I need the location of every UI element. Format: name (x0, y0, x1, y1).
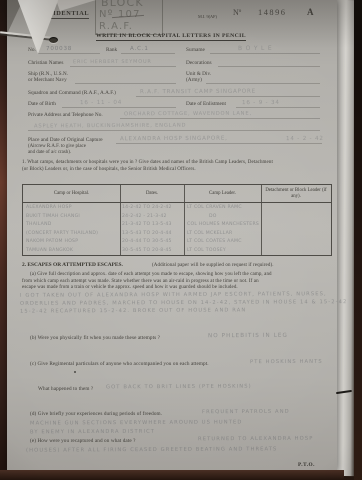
table-row-leader: LT COL MCKELLAR (187, 231, 232, 236)
q2-note: (Additional paper will be supplied on re… (152, 263, 274, 269)
q2a-answer-line3: 15-2-42 RECAPTURED 15-2-42. BROKE OUT OF… (20, 307, 246, 314)
table-surface-right (354, 0, 362, 480)
camps-table-col-camp: Camp or Hospital. (23, 185, 121, 255)
surname-value: B O Y L E (238, 45, 273, 52)
q2c-answer: PTE HOSKINS HANTS (250, 359, 323, 365)
q2d-answer-line3: BY ENEMY IN ALEXANDRA DISTRICT (30, 429, 155, 436)
camps-table-header-camp: Camp or Hospital. (23, 185, 120, 203)
table-row-camp: ALEXANDRA HOSP (26, 205, 72, 210)
q2b-answer: NO PHLEBITIS IN LEG (208, 333, 288, 339)
pto-marking: P.T.O. (298, 462, 315, 468)
table-row-leader: COL HOLMES MANCHESTERS (187, 222, 259, 227)
pencil-dot (74, 371, 76, 373)
q2d-answer-line2: MACHINE GUN SECTIONS EVERYWHERE AROUND U… (30, 419, 242, 426)
rank-label: Rank (106, 47, 117, 53)
squadron-underline (136, 96, 320, 97)
camps-table-col-block: Detachment or Block Leader (if any). (261, 185, 331, 255)
block-stamp-line1: BLOCK (101, 0, 144, 9)
dob-underline (62, 107, 176, 108)
no-underline (38, 53, 100, 54)
rank-value: A.C.1 (130, 46, 149, 52)
squadron-label: Squadron and Command (R.A.F., A.A.F.) (28, 90, 116, 96)
camps-table-header-leader: Camp Leader. (184, 185, 261, 203)
address-underline-2 (28, 130, 320, 131)
christian-names-underline (70, 66, 176, 67)
block-stamp-line3: R.A.F. (99, 21, 133, 32)
q2e-answer-line1: RETURNED TO ALEXANDRA HOSP (198, 436, 313, 443)
capture-underline (116, 143, 322, 144)
table-row-dates: 14-2-42 TO 24-2-42 (122, 205, 172, 210)
table-surface-bottom (0, 470, 344, 480)
table-row-leader: LT COL COATES AAMC (187, 239, 242, 244)
decorations-label: Decorations (186, 60, 212, 66)
table-row-leader: LT COL CRAVEN RAMC (187, 205, 242, 210)
christian-names-label: Christian Names (28, 60, 63, 66)
ship-underline (75, 83, 176, 84)
series-letter: A (307, 9, 314, 15)
what-happened-answer: GOT BACK TO BRIT LINES (PTE HOSKINS) (106, 384, 252, 391)
table-row-camp: THAILAND (26, 222, 52, 227)
table-row-camp: (CONCERT PARTY THAILAND) (26, 231, 98, 236)
table-row-camp: BUKIT TIMAH CHANGI (26, 214, 80, 219)
squadron-value: R.A.F. TRANSIT CAMP SINGAPORE (140, 89, 256, 96)
unit-label-line2: (Army) (186, 77, 202, 83)
capture-place-value: ALEXANDRA HOSP SINGAPORE, (120, 136, 228, 143)
camps-table-col-leader: Camp Leader. (184, 185, 262, 255)
q1-text-line1: 1. What camps, detachments or hospitals … (22, 160, 273, 166)
q2e-text: (e) How were you recaptured and on what … (30, 438, 136, 444)
serial-no-symbol: Nº (233, 10, 241, 16)
what-happened-text: What happened to them ? (38, 386, 93, 392)
camps-table-col-dates: Dates. (120, 185, 185, 255)
punch-hole (49, 37, 58, 43)
table-row-dates: 20-4-44 TO 30-5-45 (122, 239, 172, 244)
no-label: No. (28, 47, 36, 53)
q2d-text: (d) Give briefly your experiences during… (30, 411, 162, 417)
q2a-text-line1: (a) Give full description and approx. da… (30, 272, 272, 278)
address-label: Private Address and Telephone No. (28, 112, 103, 118)
pow-questionnaire-photo: CONFIDENTIAL BLOCK Nº 107 R.A.F. M.I. 9(… (0, 0, 362, 480)
camps-table-header-block: Detachment or Block Leader (if any). (261, 185, 331, 203)
serial-number: 14896 (258, 10, 286, 16)
dob-value: 16 - 11 - 04 (80, 100, 122, 106)
capture-label-line3: and date of a/c crash). (28, 150, 71, 156)
surname-underline (210, 53, 320, 54)
enlistment-label: Date of Enlistment (186, 101, 226, 107)
rank-underline (121, 53, 175, 54)
christian-names-value: ERIC HERBERT SEYMOUR (73, 59, 152, 65)
q2a-text-line2: from which camp each attempt was made. S… (22, 279, 259, 285)
ship-label-line2: or Merchant Navy (28, 77, 67, 83)
dob-label: Date of Birth (28, 101, 56, 107)
q2-title: 2. ESCAPES OR ATTEMPTED ESCAPES. (22, 262, 123, 268)
table-row-camp: NAKOM PATOM HOSP (26, 239, 78, 244)
pencil-instruction: WRITE IN BLOCK CAPITAL LETTERS IN PENCIL (96, 33, 246, 41)
unit-underline (206, 83, 320, 84)
surname-label: Surname (186, 47, 205, 53)
table-row-camp: TAMUAN BANGKOK (26, 248, 73, 253)
decorations-underline (218, 66, 320, 67)
q2a-text-line3: escape was made from a train or vehicle … (22, 285, 238, 291)
capture-date-value: 14 - 2 - 42 (286, 136, 324, 142)
q2c-text: (c) Give Regimental particulars of anyon… (30, 361, 209, 367)
address-value-2: ASPLEY HEATH, BUCKINGHAMSHIRE, ENGLAND (34, 123, 186, 130)
table-row-dates: 24-2-42 - 21-3-42 (122, 214, 167, 219)
no-value: 700038 (46, 46, 72, 52)
q1-text-line2: (or Block) Leaders or, in the case of ho… (22, 167, 196, 173)
enlistment-underline (236, 107, 320, 108)
table-row-leader: DO (209, 214, 217, 219)
table-row-dates: 30-5-45 TO 20-8-45 (122, 248, 172, 253)
table-row-dates: 21-3-42 TO 13-5-43 (122, 222, 172, 227)
address-value-1: ORCHARD COTTAGE, WAVENDON LANE, (124, 111, 252, 118)
camps-table-header-dates: Dates. (120, 185, 184, 203)
enlistment-value: 16 - 9 - 34 (242, 100, 280, 106)
camps-table: Camp or Hospital. Dates. Camp Leader. De… (22, 184, 332, 256)
q2d-answer-line1: FREQUENT PATROLS AND (202, 409, 290, 415)
form-reference: M.I. 9(AF) (198, 14, 217, 20)
table-row-leader: LT COL TOOSEY (187, 248, 226, 253)
capture-label-line1: Place and Date of Original Capture (28, 137, 103, 143)
address-underline-1 (120, 118, 320, 119)
q2b-text: (b) Were you physically fit when you mad… (30, 335, 160, 341)
table-row-dates: 13-5-43 TO 20-4-44 (122, 231, 172, 236)
